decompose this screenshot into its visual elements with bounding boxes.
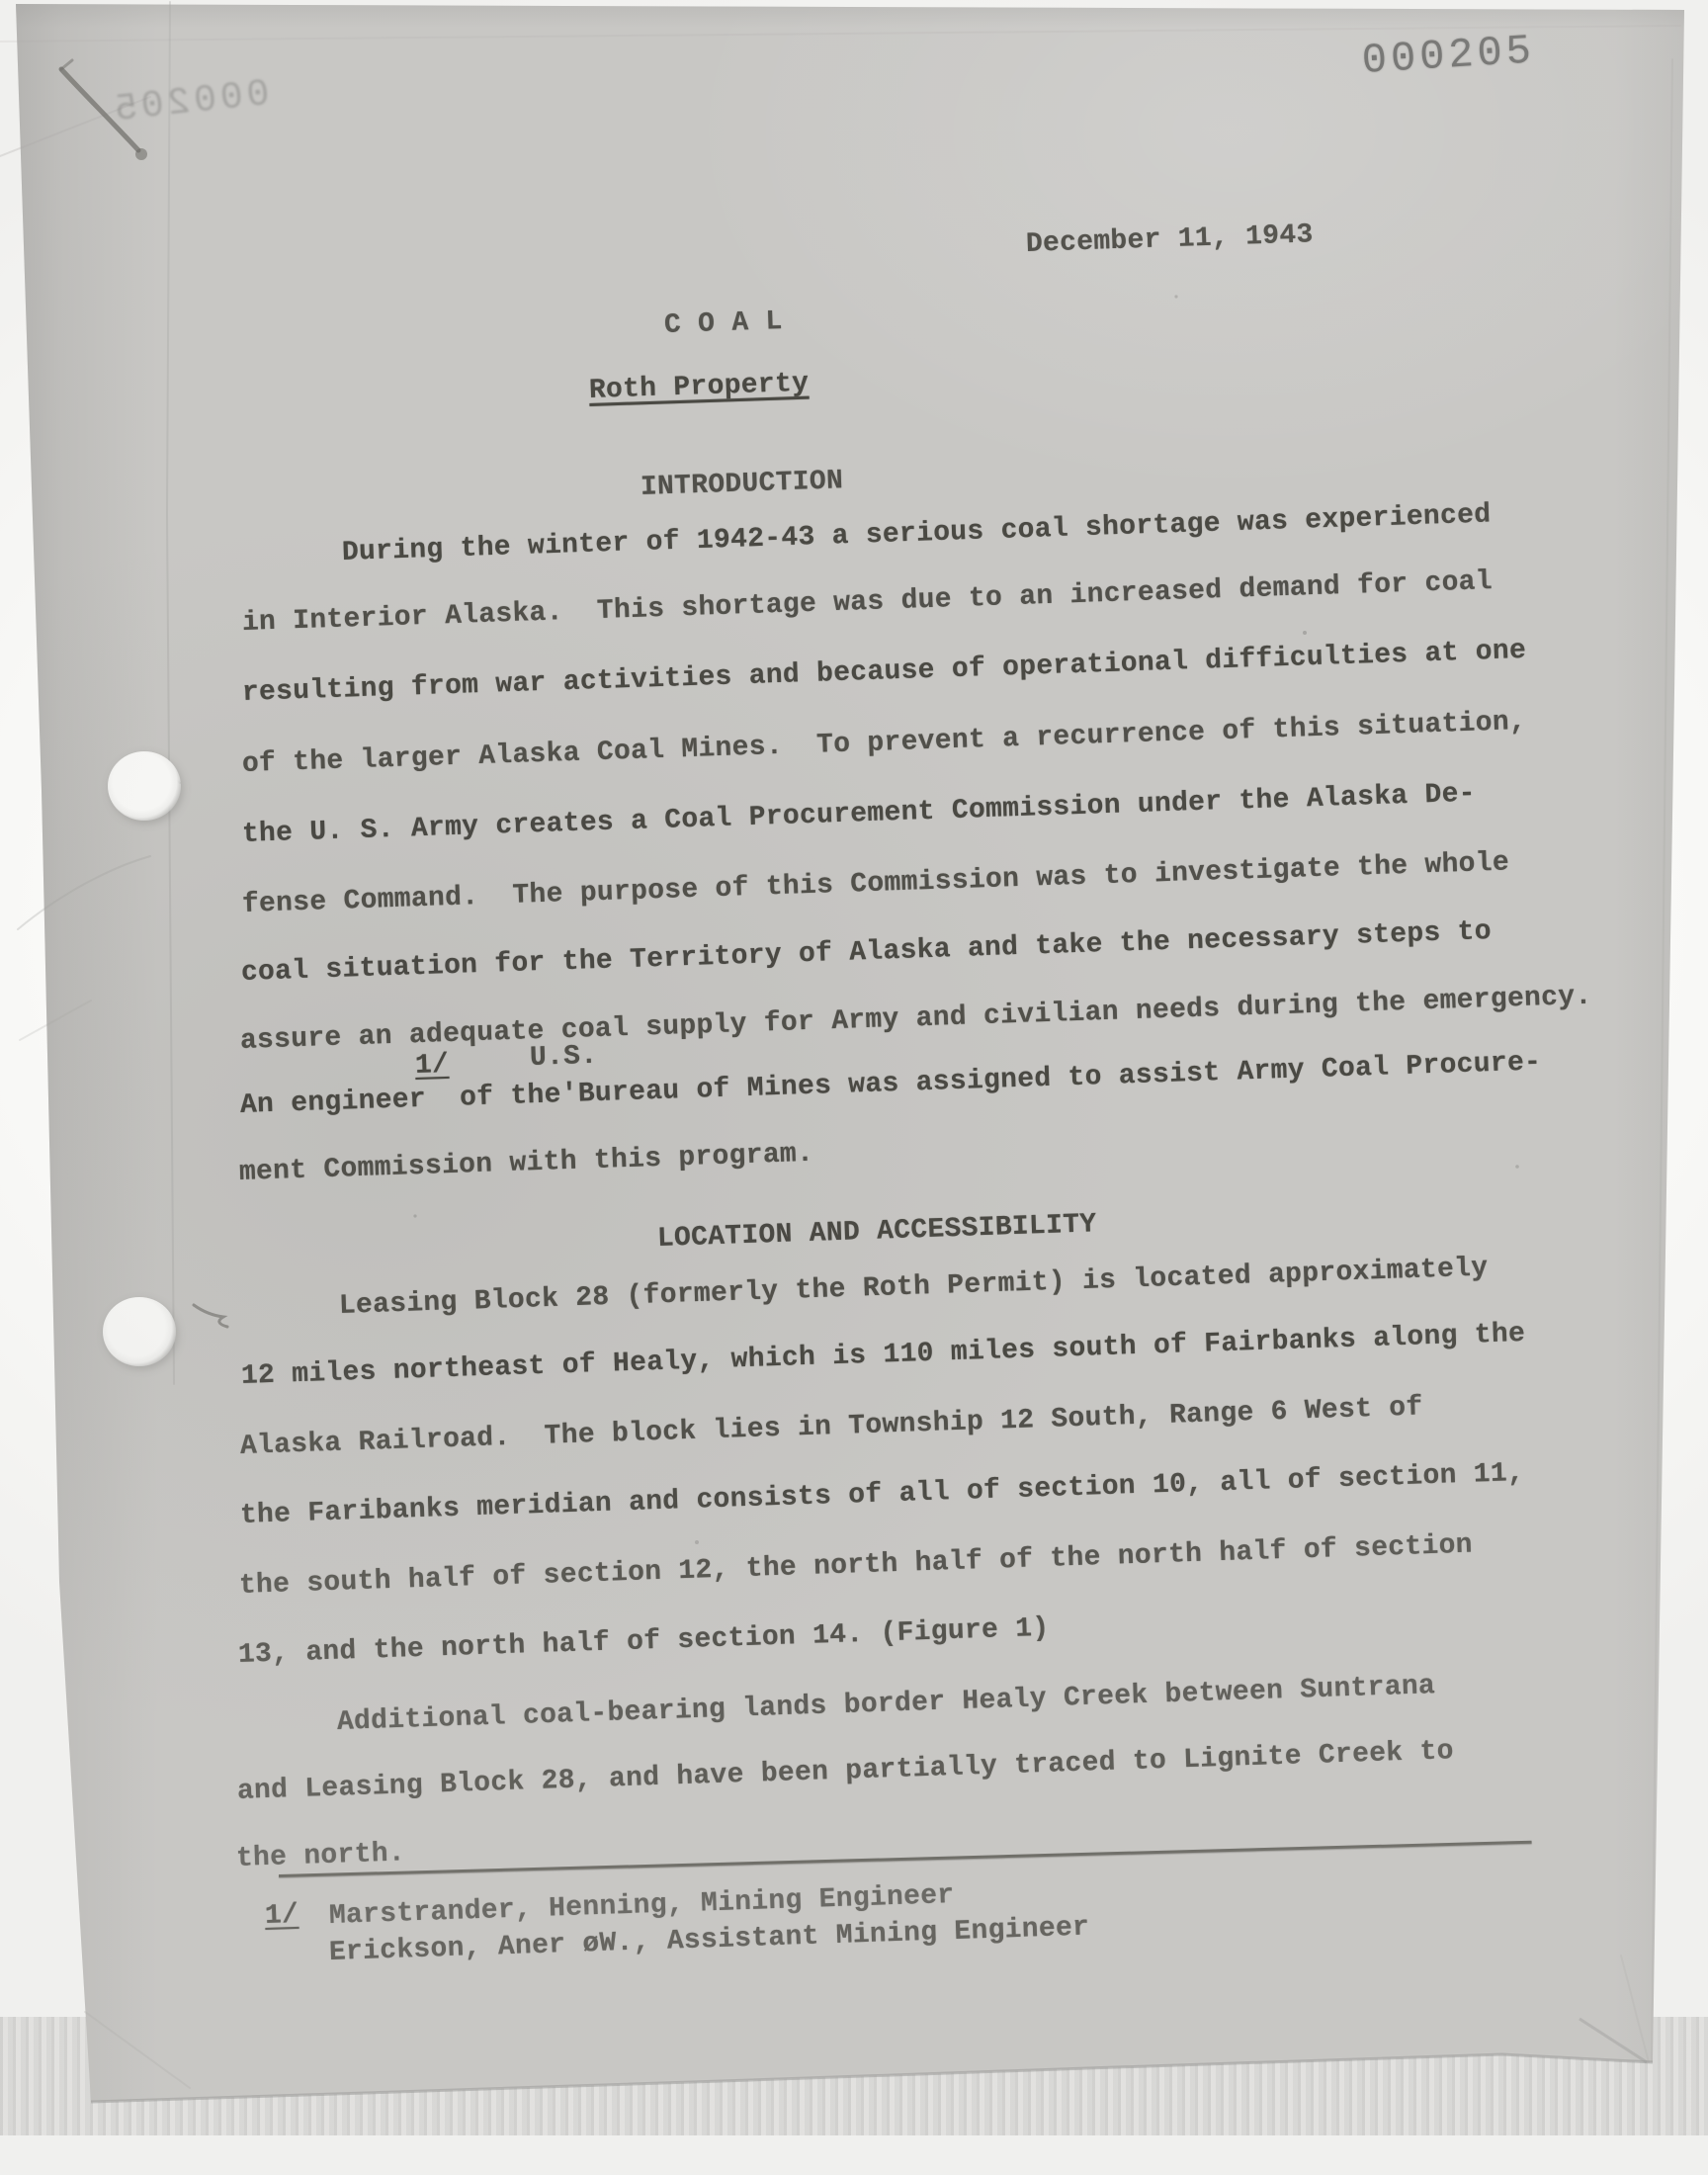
punch-hole	[108, 751, 181, 821]
section-heading: INTRODUCTION	[640, 465, 843, 505]
footnote-marker: 1/	[264, 1899, 299, 1934]
footnote-reference-marker: 1/	[414, 1049, 449, 1084]
scanned-page: 000205 000205 December 11, 1943C O A LRo…	[0, 0, 1708, 2175]
inserted-text: U.S.	[529, 1040, 598, 1076]
document-title: C O A L	[663, 305, 783, 343]
body-line: the north.	[235, 1837, 405, 1876]
punch-hole	[103, 1297, 176, 1366]
